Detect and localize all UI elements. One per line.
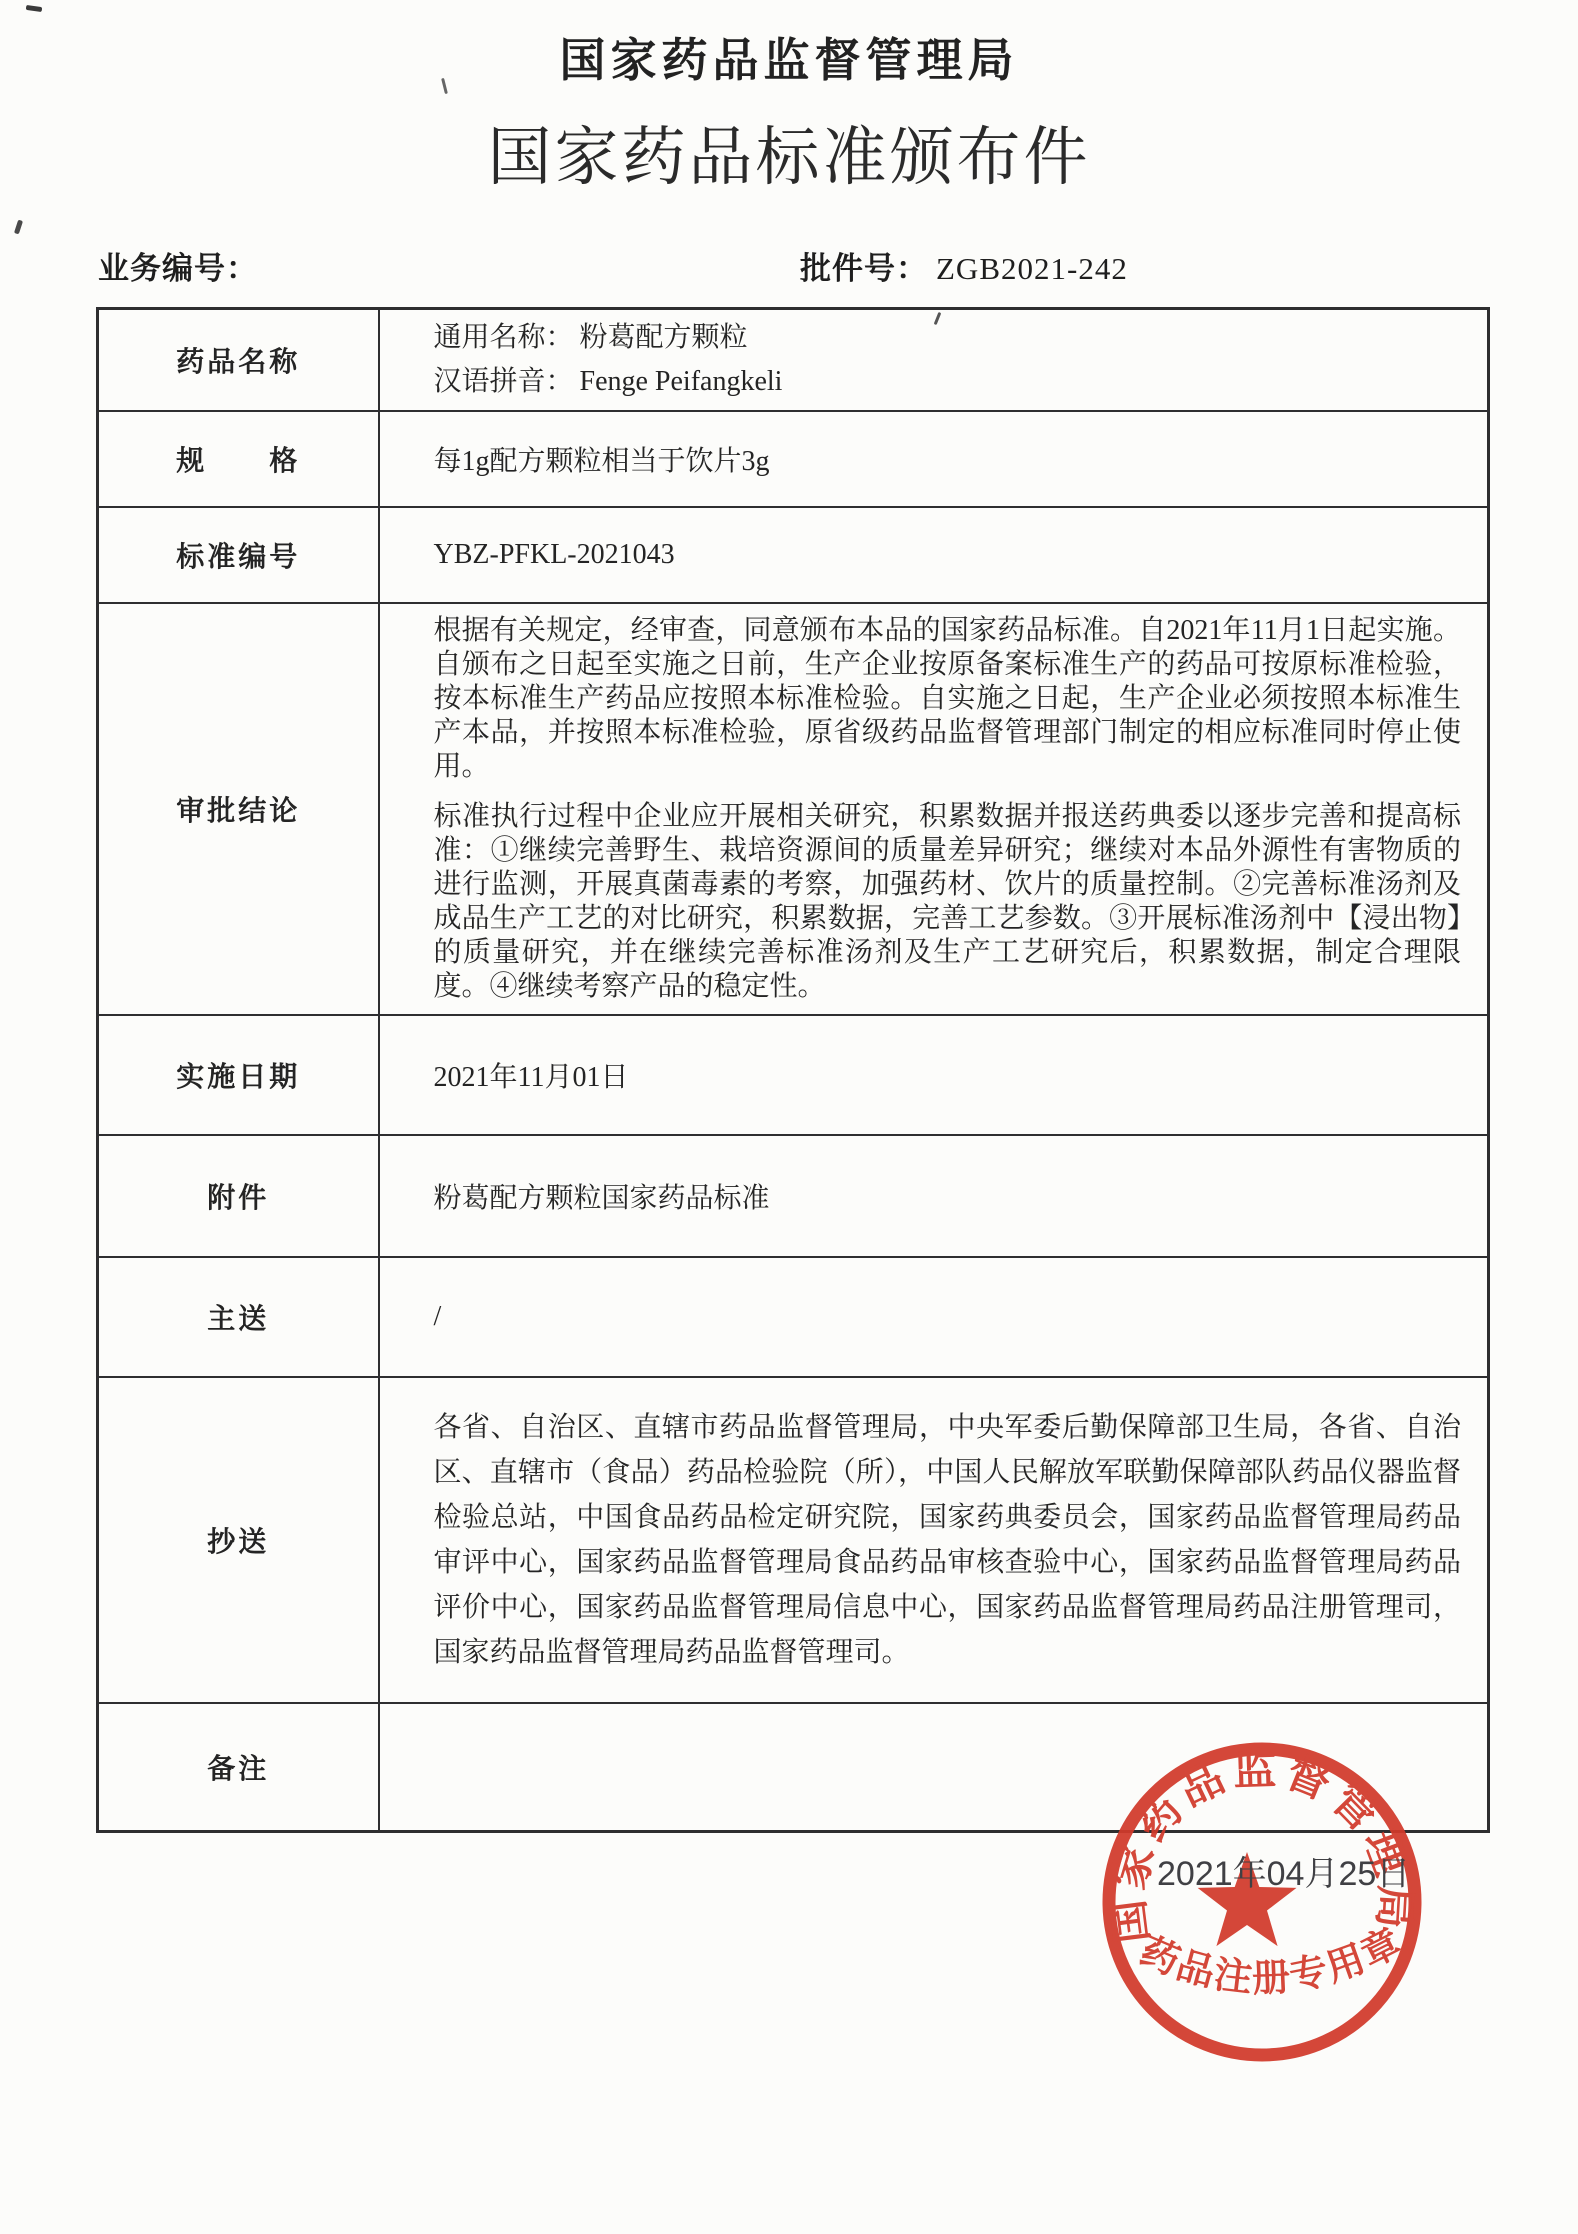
pinyin-label: 汉语拼音： <box>434 360 580 404</box>
standard-table: 药品名称 通用名称：粉葛配方颗粒 汉语拼音：Fenge Peifangkeli … <box>96 307 1490 1833</box>
table-row-impl-date: 实施日期 2021年11月01日 <box>98 1015 1489 1135</box>
row-label-impl-date: 实施日期 <box>98 1015 379 1135</box>
approval-paragraph-1: 根据有关规定，经审查，同意颁布本品的国家药品标准。自2021年11月1日起实施。… <box>434 614 1462 784</box>
table-row-spec: 规 格 每1g配方颗粒相当于饮片3g <box>98 411 1489 507</box>
generic-name-label: 通用名称： <box>434 316 580 360</box>
row-value-impl-date: 2021年11月01日 <box>379 1015 1489 1135</box>
table-row-attachment: 附件 粉葛配方颗粒国家药品标准 <box>98 1135 1489 1257</box>
official-seal: 国家药品监督管理局 药品注册专用章 <box>1092 1732 1432 2072</box>
table-row-standard-no: 标准编号 YBZ-PFKL-2021043 <box>98 507 1489 603</box>
approval-paragraph-2: 标准执行过程中企业应开展相关研究，积累数据并报送药典委以逐步完善和提高标准：①继… <box>434 800 1462 1004</box>
business-number-label: 业务编号： <box>98 243 258 288</box>
row-label-approval-conclusion: 审批结论 <box>98 603 379 1015</box>
row-value-cc: 各省、自治区、直辖市药品监督管理局，中央军委后勤保障部卫生局，各省、自治区、直辖… <box>379 1377 1489 1703</box>
approval-number-value: ZGB2021-242 <box>936 251 1128 286</box>
approval-number-label: 批件号： <box>800 251 928 286</box>
table-row-approval-conclusion: 审批结论 根据有关规定，经审查，同意颁布本品的国家药品标准。自2021年11月1… <box>98 603 1489 1015</box>
row-label-remark: 备注 <box>98 1703 379 1831</box>
cc-text: 各省、自治区、直辖市药品监督管理局，中央军委后勤保障部卫生局，各省、自治区、直辖… <box>434 1405 1462 1675</box>
row-label-drug-name: 药品名称 <box>98 309 379 412</box>
row-value-approval-conclusion: 根据有关规定，经审查，同意颁布本品的国家药品标准。自2021年11月1日起实施。… <box>379 603 1489 1015</box>
row-label-spec: 规 格 <box>98 411 379 507</box>
approval-number: 批件号：ZGB2021-242 <box>800 243 1128 288</box>
row-label-attachment: 附件 <box>98 1135 379 1257</box>
seal-date: 2021年04月25日 <box>1157 1846 1410 1895</box>
table-row-cc: 抄送 各省、自治区、直辖市药品监督管理局，中央军委后勤保障部卫生局，各省、自治区… <box>98 1377 1489 1703</box>
pinyin-value: Fenge Peifangkeli <box>580 366 783 397</box>
page-title: 国家药品标准颁布件 <box>0 106 1578 198</box>
table-row-drug-name: 药品名称 通用名称：粉葛配方颗粒 汉语拼音：Fenge Peifangkeli <box>98 309 1489 412</box>
row-value-main-send: / <box>379 1257 1489 1377</box>
scan-artifact <box>26 5 43 12</box>
row-value-standard-no: YBZ-PFKL-2021043 <box>379 507 1489 603</box>
row-label-standard-no: 标准编号 <box>98 507 379 603</box>
generic-name-value: 粉葛配方颗粒 <box>580 322 748 353</box>
scan-artifact <box>14 220 23 235</box>
row-value-spec: 每1g配方颗粒相当于饮片3g <box>379 411 1489 507</box>
row-value-attachment: 粉葛配方颗粒国家药品标准 <box>379 1135 1489 1257</box>
row-label-main-send: 主送 <box>98 1257 379 1377</box>
table-row-main-send: 主送 / <box>98 1257 1489 1377</box>
org-name: 国家药品监督管理局 <box>0 24 1578 90</box>
row-label-cc: 抄送 <box>98 1377 379 1703</box>
